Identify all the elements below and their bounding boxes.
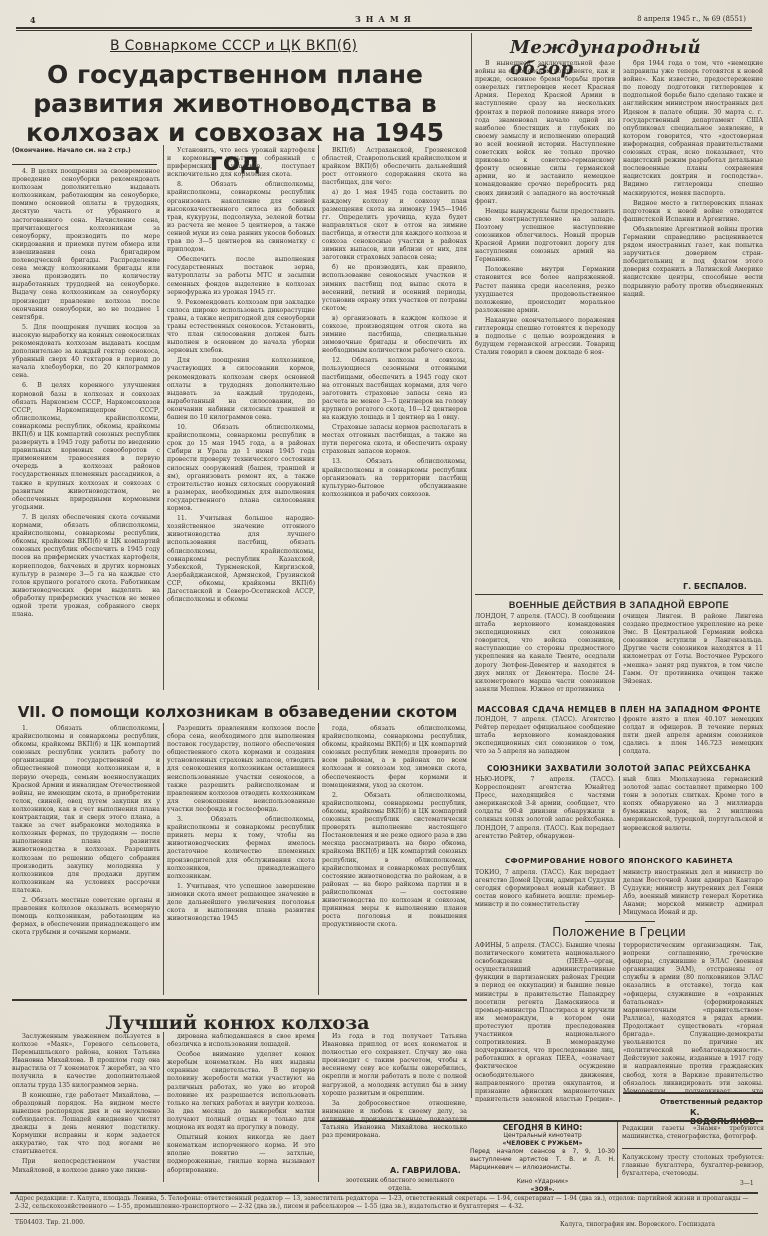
section-vii-title: VII. О помощи колхозникам в обзаведении … bbox=[10, 703, 465, 721]
paragraph: Разрешить правлениям колхозов после сбор… bbox=[167, 725, 315, 814]
cinema-title: СЕГОДНЯ В КИНО: bbox=[470, 1124, 615, 1132]
printer: Калуга, типография им. Воровского. Госпи… bbox=[560, 1221, 715, 1229]
paragraph: Страховые запасы кормов располагать в ме… bbox=[322, 424, 467, 456]
paragraph: 6. В целях коренного улучшения кормовой … bbox=[12, 382, 160, 512]
paper-name: ЗНАМЯ bbox=[355, 14, 416, 24]
column-rule bbox=[619, 869, 620, 915]
stable-article-col-3: Из года в год получает Татьяна Ивановна … bbox=[322, 1033, 467, 1145]
paragraph: 13. Обязать облисполкомы, крайисполкомы … bbox=[322, 458, 467, 498]
paragraph: При непосредственном участии Михайловой,… bbox=[12, 1158, 160, 1174]
paragraph: 3. Обязать облисполкомы, крайисполкомы и… bbox=[167, 816, 315, 881]
news-2-col-1: ЛОНДОН, 7 апреля. (ТАСС). Агентство Рейт… bbox=[475, 716, 615, 758]
paragraph: Положение внутри Германии становится все… bbox=[475, 266, 615, 315]
paragraph: 10. Обязать облисполкомы, крайисполкомы,… bbox=[167, 424, 315, 513]
news-title-3: СОЮЗНИКИ ЗАХВАТИЛИ ЗОЛОТОЙ ЗАПАС РЕЙХСБА… bbox=[475, 764, 763, 773]
section-vii-col-3: года, обязать облисполкомы, крайисполком… bbox=[322, 725, 467, 995]
greece-col-1: АФИНЫ, 5 апреля. (ТАСС). Бывшие члены по… bbox=[475, 942, 615, 1102]
paragraph: дирована наблюдавшаяся в свое время обез… bbox=[167, 1033, 315, 1049]
column-rule bbox=[619, 716, 620, 756]
paragraph: В нынешней заключительной фазе войны на … bbox=[475, 60, 615, 206]
stable-article-title: Лучший конюх колхоза bbox=[10, 1012, 465, 1034]
paragraph: 2. Обязать местные советские органы и пр… bbox=[12, 897, 160, 937]
divider bbox=[475, 594, 763, 595]
section-vii-col-2: Разрешить правлениям колхозов после сбор… bbox=[167, 725, 315, 987]
greece-col-2: террористическим организациям. Так, вопр… bbox=[623, 942, 763, 1092]
ad-2: Калужскому тресту столовых требуются: гл… bbox=[622, 1154, 764, 1176]
paragraph: ВКП(б) Астраханской, Грозненской областе… bbox=[322, 147, 467, 187]
news-title-2: МАССОВАЯ СДАЧА НЕМЦЕВ В ПЛЕН НА ЗАПАДНОМ… bbox=[475, 705, 763, 714]
cinema-venue-2: Кино «Ударник» bbox=[470, 1178, 615, 1186]
news-3-col-2: ный близ Мюльхаузена германский золотой … bbox=[623, 776, 763, 850]
continued-note: (Окончание. Начало см. на 2 стр.) bbox=[12, 147, 131, 154]
footer-rule bbox=[10, 1192, 758, 1194]
masthead-rule bbox=[16, 27, 752, 31]
column-rule bbox=[617, 1122, 618, 1178]
column-rule bbox=[318, 145, 319, 690]
column-rule bbox=[619, 776, 620, 848]
print-code: ТБ04403. Тир. 21.000. bbox=[15, 1219, 85, 1227]
cinema-note: Перед началом сеансов в 7, 9, 10-30 выст… bbox=[470, 1148, 615, 1172]
paragraph: 12. Обязать колхозы и совхозы, пользующи… bbox=[322, 357, 467, 422]
divider bbox=[320, 1120, 763, 1122]
paragraph: Заслуженным уважением пользуется в колхо… bbox=[12, 1033, 160, 1090]
cinema-listing: СЕГОДНЯ В КИНО: Центральный кинотеатр «Ч… bbox=[470, 1124, 615, 1194]
column-rule bbox=[619, 60, 620, 590]
paragraph: Немцы вынуждены были предоставить свою к… bbox=[475, 208, 615, 265]
paragraph: 4. В целях поощрения за своевременное пр… bbox=[12, 168, 160, 322]
news-1-col-2: очищен Линген. В районе Лингена создано … bbox=[623, 613, 763, 693]
paragraph: Для поощрения колхозников, участвующих в… bbox=[167, 357, 315, 422]
divider bbox=[12, 999, 467, 1001]
stable-article-col-2: дирована наблюдавшаяся в свое время обез… bbox=[167, 1033, 315, 1181]
news-3-col-1: НЬЮ-ЙОРК, 7 апреля. (ТАСС). Корреспонден… bbox=[475, 776, 615, 850]
paragraph: Опытный конюх никогда не дает конематкам… bbox=[167, 1134, 315, 1174]
paragraph: 11. Учитывая большое народно-хозяйственн… bbox=[167, 515, 315, 604]
editor-name: К. ВОДОПЬЯНОВ. bbox=[690, 1108, 768, 1126]
paragraph: Обеспечить после выполнения государствен… bbox=[167, 256, 315, 296]
news-title-4: СФОРМИРОВАНИЕ НОВОГО ЯПОНСКОГО КАБИНЕТА bbox=[475, 857, 763, 865]
divider bbox=[585, 921, 655, 922]
column-rule bbox=[163, 1032, 164, 1182]
greece-title: Положение в Греции bbox=[475, 925, 763, 939]
column-rule bbox=[619, 613, 620, 691]
section-kicker: В Совнаркоме СССР и ЦК ВКП(б) bbox=[110, 38, 357, 54]
paragraph: 1. Обязать облисполкомы, крайисполкомы и… bbox=[12, 725, 160, 895]
column-rule bbox=[619, 942, 620, 1102]
news-1-col-1: ЛОНДОН, 7 апреля. (ТАСС). В сообщении шт… bbox=[475, 613, 615, 693]
news-title-1: ВОЕННЫЕ ДЕЙСТВИЯ В ЗАПАДНОЙ ЕВРОПЕ bbox=[475, 600, 763, 610]
paragraph: В конюшне, где работает Михайлова, — обр… bbox=[12, 1092, 160, 1157]
review-author: Г. БЕСПАЛОВ. bbox=[683, 582, 747, 591]
main-article-col-3: ВКП(б) Астраханской, Грозненской областе… bbox=[322, 147, 467, 690]
paragraph: Видное место в гитлеровских планах подго… bbox=[623, 200, 763, 224]
paragraph: 2. Обязать облисполкомы, крайисполкомы, … bbox=[322, 792, 467, 930]
paragraph: Накануне окончательного поражения гитлер… bbox=[475, 317, 615, 357]
paragraph: бря 1944 года о том, что «немецкие запра… bbox=[623, 60, 763, 198]
column-rule bbox=[318, 723, 319, 995]
paragraph: а) до 1 мая 1945 года составить по каждо… bbox=[322, 189, 467, 262]
review-col-1: В нынешней заключительной фазе войны на … bbox=[475, 60, 615, 590]
paragraph: Объявление Аргентиной войны против Герма… bbox=[623, 226, 763, 299]
paragraph: 7. В целях обеспечения скота сочными кор… bbox=[12, 514, 160, 619]
footer-rule bbox=[10, 1213, 758, 1214]
page-number: 4 bbox=[30, 15, 36, 25]
main-article-col-2: Установить, что весь урожай картофеля и … bbox=[167, 147, 315, 690]
divider bbox=[623, 1092, 763, 1094]
column-rule bbox=[471, 33, 472, 1098]
paragraph: Из года в год получает Татьяна Ивановна … bbox=[322, 1033, 467, 1098]
column-rule bbox=[318, 1032, 319, 1182]
ad-1: Редакции газеты «Знамя» требуются машини… bbox=[622, 1125, 764, 1145]
issue-info: 8 апреля 1945 г., № 69 (8551) bbox=[637, 15, 746, 23]
paragraph: года, обязать облисполкомы, крайисполком… bbox=[322, 725, 467, 790]
review-col-2: бря 1944 года о том, что «немецкие запра… bbox=[623, 60, 763, 582]
paragraph: 5. Для поощрения лучших косцов за высоку… bbox=[12, 324, 160, 381]
editor-label: Ответственный редактор bbox=[660, 1098, 763, 1106]
paragraph: б) не производить, как правило, использо… bbox=[322, 264, 467, 313]
column-rule bbox=[163, 723, 164, 995]
news-4-col-2: министр иностранных дел и министр по дел… bbox=[623, 869, 763, 917]
paragraph: 8. Обязать облисполкомы, крайисполкомы, … bbox=[167, 181, 315, 254]
paragraph: Особое внимание уделяет конюх жеребым ко… bbox=[167, 1051, 315, 1132]
divider bbox=[622, 1148, 762, 1149]
section-vii-col-1: 1. Обязать облисполкомы, крайисполкомы и… bbox=[12, 725, 160, 995]
stable-article-col-1: Заслуженным уважением пользуется в колхо… bbox=[12, 1033, 160, 1181]
paragraph: 9. Рекомендовать колхозам при закладке с… bbox=[167, 299, 315, 356]
paragraph: Установить, что весь урожай картофеля и … bbox=[167, 147, 315, 179]
divider bbox=[12, 164, 157, 165]
news-4-col-1: ТОКИО, 7 апреля. (ТАСС). Как передает аг… bbox=[475, 869, 615, 917]
footer-address: Адрес редакции: г. Калуга, площадь Ленин… bbox=[15, 1195, 755, 1211]
stable-article-author-title: зоотехник областного земельного отдела. bbox=[335, 1177, 465, 1193]
ad-code: 3—1 bbox=[740, 1180, 754, 1188]
stable-article-author: А. ГАВРИЛОВА. bbox=[390, 1166, 461, 1175]
column-rule bbox=[163, 145, 164, 690]
paragraph: 1. Учитывая, что успешное завершение зим… bbox=[167, 883, 315, 923]
paragraph: в) организовать в каждом колхозе и совхо… bbox=[322, 315, 467, 355]
news-2-col-2: фронте взято в плен 40.107 немецких солд… bbox=[623, 716, 763, 758]
newspaper-page: 4 ЗНАМЯ 8 апреля 1945 г., № 69 (8551) В … bbox=[0, 0, 768, 1236]
main-article-col-1: 4. В целях поощрения за своевременное пр… bbox=[12, 168, 160, 690]
cinema-film-1: «ЧЕЛОВЕК С РУЖЬЕМ» bbox=[470, 1140, 615, 1148]
cinema-venue-1: Центральный кинотеатр bbox=[470, 1132, 615, 1140]
